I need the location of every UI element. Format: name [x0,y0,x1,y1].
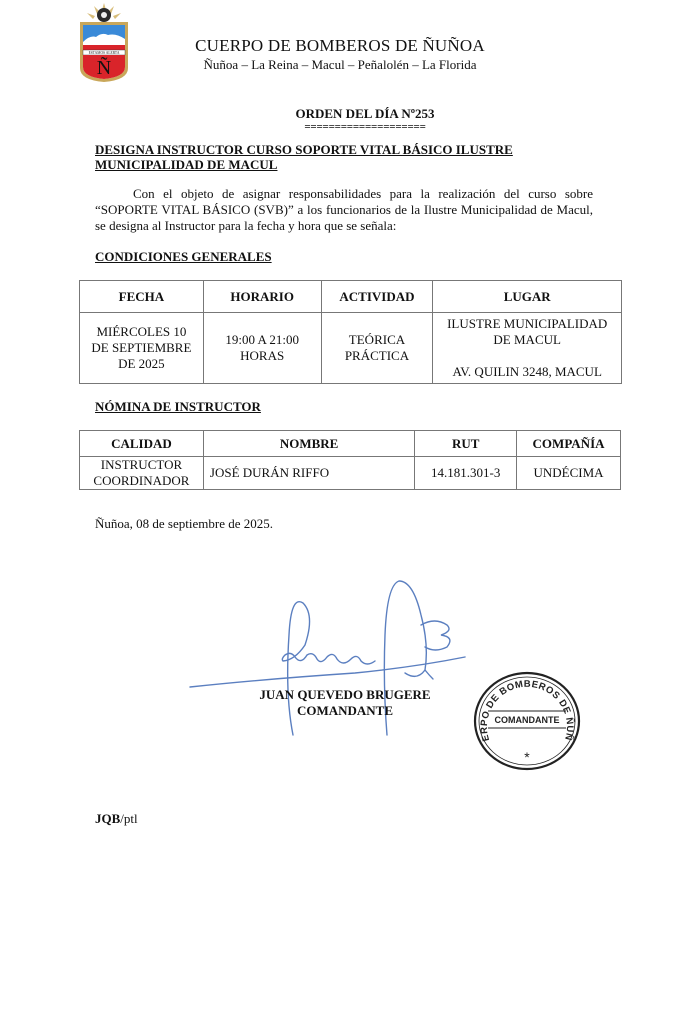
place-and-date: Ñuñoa, 08 de septiembre de 2025. [95,516,273,532]
fecha-line: DE SEPTIEMBRE [84,340,199,356]
order-subject: DESIGNA INSTRUCTOR CURSO SOPORTE VITAL B… [95,142,565,172]
cell-lugar: ILUSTRE MUNICIPALIDAD DE MACUL AV. QUILI… [433,313,622,384]
cell-nombre: JOSÉ DURÁN RIFFO [203,457,414,490]
logo-letter: Ñ [97,55,111,79]
table-row: INSTRUCTOR COORDINADOR JOSÉ DURÁN RIFFO … [80,457,621,490]
calidad-line: INSTRUCTOR [84,457,199,473]
horario-line: 19:00 A 21:00 [208,332,317,348]
column-header-fecha: FECHA [80,281,204,313]
actividad-line: PRÁCTICA [326,348,429,364]
cell-actividad: TEÓRICA PRÁCTICA [321,313,433,384]
fecha-line: DE 2025 [84,356,199,372]
column-header-compania: COMPAÑÍA [517,431,621,457]
instructor-table: CALIDAD NOMBRE RUT COMPAÑÍA INSTRUCTOR C… [79,430,621,490]
initials-author: JQB [95,811,120,826]
conditions-table: FECHA HORARIO ACTIVIDAD LUGAR MIÉRCOLES … [79,280,622,384]
column-header-rut: RUT [415,431,517,457]
horario-line: HORAS [208,348,317,364]
stamp-ring-text: CUERPO DE BOMBEROS DE ÑUÑOA [472,670,575,742]
signer-name: JUAN QUEVEDO BRUGERE [200,687,490,703]
order-title: ORDEN DEL DÍA Nº253 [80,106,650,122]
conditions-heading: CONDICIONES GENERALES [95,249,272,265]
column-header-actividad: ACTIVIDAD [321,281,433,313]
column-header-lugar: LUGAR [433,281,622,313]
column-header-nombre: NOMBRE [203,431,414,457]
cell-fecha: MIÉRCOLES 10 DE SEPTIEMBRE DE 2025 [80,313,204,384]
lugar-line: ILUSTRE MUNICIPALIDAD [437,316,617,332]
logo-motto: ESTAMOS ALERTA [89,51,120,55]
order-body: Con el objeto de asignar responsabilidad… [95,186,593,234]
signer-role: COMANDANTE [200,703,490,719]
fecha-line: MIÉRCOLES 10 [84,324,199,340]
lugar-address: AV. QUILIN 3248, MACUL [437,364,617,380]
organization-subtitle: Ñuñoa – La Reina – Macul – Peñalolén – L… [170,57,510,73]
column-header-horario: HORARIO [203,281,321,313]
cell-compania: UNDÉCIMA [517,457,621,490]
column-header-calidad: CALIDAD [80,431,204,457]
initials-typist: /ptl [120,811,137,826]
cell-calidad: INSTRUCTOR COORDINADOR [80,457,204,490]
cell-rut: 14.181.301-3 [415,457,517,490]
organization-title: CUERPO DE BOMBEROS DE ÑUÑOA [170,36,510,56]
stamp-star: * [524,749,530,765]
svg-text:CUERPO DE BOMBEROS DE ÑUÑOA: CUERPO DE BOMBEROS DE ÑUÑOA [472,670,575,742]
table-row: MIÉRCOLES 10 DE SEPTIEMBRE DE 2025 19:00… [80,313,622,384]
instructor-header-row: CALIDAD NOMBRE RUT COMPAÑÍA [80,431,621,457]
order-title-rule: ==================== [80,122,650,132]
stamp-center-text: COMANDANTE [495,715,560,725]
actividad-line: TEÓRICA [326,332,429,348]
cell-horario: 19:00 A 21:00 HORAS [203,313,321,384]
lugar-line: DE MACUL [437,332,617,348]
spacer [437,348,617,364]
fire-department-shield-crest-icon: ESTAMOS ALERTA Ñ [76,2,132,84]
calidad-line: COORDINADOR [84,473,199,489]
document-initials: JQB/ptl [95,811,138,827]
conditions-header-row: FECHA HORARIO ACTIVIDAD LUGAR [80,281,622,313]
instructor-list-heading: NÓMINA DE INSTRUCTOR [95,399,261,415]
official-round-stamp-icon: CUERPO DE BOMBEROS DE ÑUÑOA COMANDANTE * [472,670,582,772]
